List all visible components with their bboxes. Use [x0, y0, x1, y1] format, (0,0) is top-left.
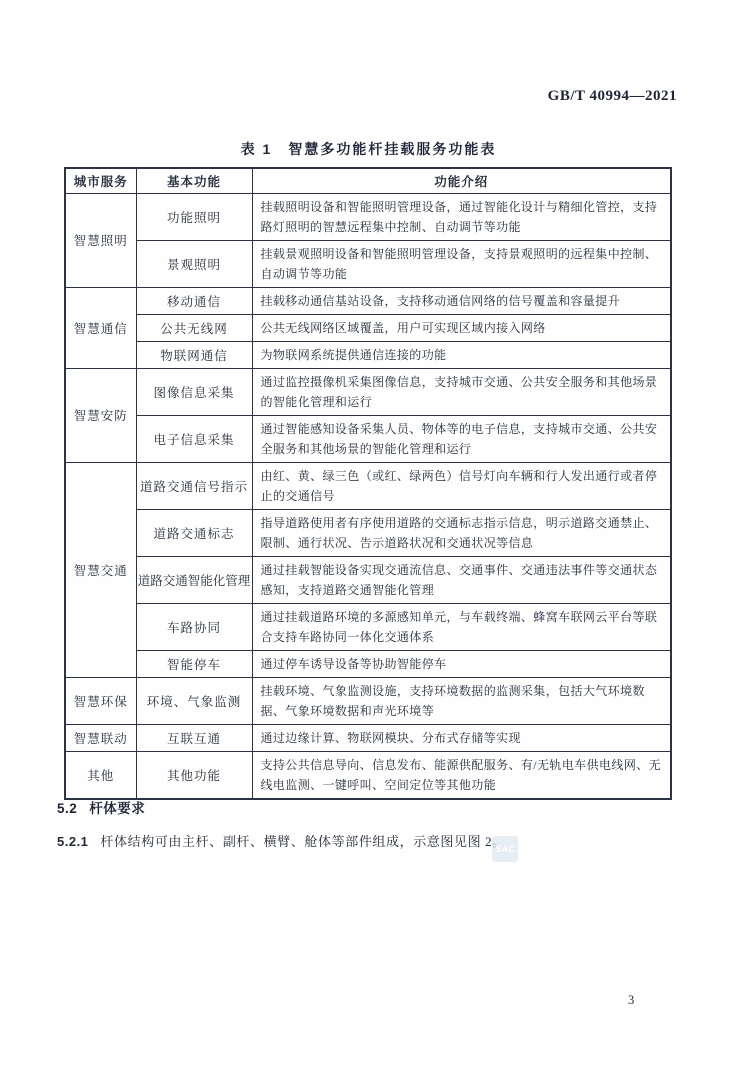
- function-cell: 车路协同: [136, 603, 252, 650]
- table-row: 智慧照明 功能照明 挂载照明设备和智能照明管理设备，通过智能化设计与精细化管控，…: [65, 193, 671, 240]
- subclause-paragraph: 5.2.1杆体结构可由主杆、副杆、横臂、舱体等部件组成，示意图见图 2。: [57, 831, 617, 850]
- clause-heading: 5.2杆体要求: [57, 797, 145, 817]
- description-cell: 通过智能感知设备采集人员、物体等的电子信息，支持城市交通、公共安全服务和其他场景…: [252, 415, 671, 462]
- col-header-basic-function: 基本功能: [136, 168, 252, 193]
- function-cell: 公共无线网: [136, 314, 252, 341]
- clause-number: 5.2: [57, 801, 77, 816]
- function-cell: 道路交通信号指示: [136, 462, 252, 509]
- function-cell: 其他功能: [136, 751, 252, 799]
- function-table: 城市服务 基本功能 功能介绍 智慧照明 功能照明 挂载照明设备和智能照明管理设备…: [64, 167, 672, 800]
- sac-watermark-logo: SAC: [492, 836, 518, 862]
- function-cell: 环境、气象监测: [136, 677, 252, 724]
- description-cell: 通过停车诱导设备等协助智能停车: [252, 650, 671, 677]
- function-cell: 图像信息采集: [136, 368, 252, 415]
- function-cell: 移动通信: [136, 287, 252, 314]
- description-cell: 通过边缘计算、物联网模块、分布式存储等实现: [252, 724, 671, 751]
- subclause-text: 杆体结构可由主杆、副杆、横臂、舱体等部件组成，示意图见图 2。: [100, 834, 505, 849]
- table-row: 道路交通标志 指导道路使用者有序使用道路的交通标志指示信息，明示道路交通禁止、限…: [65, 509, 671, 556]
- table-row: 景观照明 挂载景观照明设备和智能照明管理设备，支持景观照明的远程集中控制、自动调…: [65, 240, 671, 287]
- standard-number: GB/T 40994—2021: [548, 88, 677, 105]
- description-cell: 通过监控摄像机采集图像信息，支持城市交通、公共安全服务和其他场景的智能化管理和运…: [252, 368, 671, 415]
- description-cell: 由红、黄、绿三色（或红、绿两色）信号灯向车辆和行人发出通行或者停止的交通信号: [252, 462, 671, 509]
- table-row: 其他 其他功能 支持公共信息导向、信息发布、能源供配服务、有/无轨电车供电线网、…: [65, 751, 671, 799]
- description-cell: 挂载照明设备和智能照明管理设备，通过智能化设计与精细化管控，支持路灯照明的智慧远…: [252, 193, 671, 240]
- description-cell: 挂载移动通信基站设备，支持移动通信网络的信号覆盖和容量提升: [252, 287, 671, 314]
- table-header-row: 城市服务 基本功能 功能介绍: [65, 168, 671, 193]
- description-cell: 为物联网系统提供通信连接的功能: [252, 341, 671, 368]
- col-header-description: 功能介绍: [252, 168, 671, 193]
- description-cell: 支持公共信息导向、信息发布、能源供配服务、有/无轨电车供电线网、无线电监测、一键…: [252, 751, 671, 799]
- sac-watermark-text: SAC: [495, 844, 515, 854]
- table-row: 电子信息采集 通过智能感知设备采集人员、物体等的电子信息，支持城市交通、公共安全…: [65, 415, 671, 462]
- table-row: 物联网通信 为物联网系统提供通信连接的功能: [65, 341, 671, 368]
- table-row: 智慧联动 互联互通 通过边缘计算、物联网模块、分布式存储等实现: [65, 724, 671, 751]
- page-number: 3: [628, 993, 634, 1008]
- function-cell: 电子信息采集: [136, 415, 252, 462]
- service-cell-other: 其他: [65, 751, 136, 799]
- service-cell-linkage: 智慧联动: [65, 724, 136, 751]
- function-cell: 功能照明: [136, 193, 252, 240]
- table-row: 智能停车 通过停车诱导设备等协助智能停车: [65, 650, 671, 677]
- subclause-number: 5.2.1: [57, 834, 88, 849]
- table-row: 智慧环保 环境、气象监测 挂载环境、气象监测设施，支持环境数据的监测采集，包括大…: [65, 677, 671, 724]
- function-cell: 互联互通: [136, 724, 252, 751]
- description-cell: 公共无线网络区域覆盖，用户可实现区域内接入网络: [252, 314, 671, 341]
- function-cell: 物联网通信: [136, 341, 252, 368]
- service-cell-security: 智慧安防: [65, 368, 136, 462]
- service-cell-communication: 智慧通信: [65, 287, 136, 368]
- function-cell: 景观照明: [136, 240, 252, 287]
- table-row: 道路交通智能化管理 通过挂载智能设备实现交通流信息、交通事件、交通违法事件等交通…: [65, 556, 671, 603]
- description-cell: 挂载环境、气象监测设施，支持环境数据的监测采集，包括大气环境数据、气象环境数据和…: [252, 677, 671, 724]
- document-page: GB/T 40994—2021 表 1 智慧多功能杆挂载服务功能表 城市服务 基…: [0, 0, 737, 1074]
- col-header-city-service: 城市服务: [65, 168, 136, 193]
- description-cell: 挂载景观照明设备和智能照明管理设备，支持景观照明的远程集中控制、自动调节等功能: [252, 240, 671, 287]
- table-row: 车路协同 通过挂载道路环境的多源感知单元，与车载终端、蜂窝车联网云平台等联合支持…: [65, 603, 671, 650]
- description-cell: 通过挂载道路环境的多源感知单元，与车载终端、蜂窝车联网云平台等联合支持车路协同一…: [252, 603, 671, 650]
- function-cell: 道路交通智能化管理: [136, 556, 252, 603]
- clause-title: 杆体要求: [89, 801, 145, 816]
- function-cell: 智能停车: [136, 650, 252, 677]
- service-cell-environment: 智慧环保: [65, 677, 136, 724]
- table-title: 表 1 智慧多功能杆挂载服务功能表: [0, 139, 737, 159]
- service-cell-lighting: 智慧照明: [65, 193, 136, 287]
- table-row: 智慧安防 图像信息采集 通过监控摄像机采集图像信息，支持城市交通、公共安全服务和…: [65, 368, 671, 415]
- table-row: 智慧通信 移动通信 挂载移动通信基站设备，支持移动通信网络的信号覆盖和容量提升: [65, 287, 671, 314]
- description-cell: 指导道路使用者有序使用道路的交通标志指示信息，明示道路交通禁止、限制、通行状况、…: [252, 509, 671, 556]
- table-row: 智慧交通 道路交通信号指示 由红、黄、绿三色（或红、绿两色）信号灯向车辆和行人发…: [65, 462, 671, 509]
- description-cell: 通过挂载智能设备实现交通流信息、交通事件、交通违法事件等交通状态感知，支持道路交…: [252, 556, 671, 603]
- function-cell: 道路交通标志: [136, 509, 252, 556]
- service-cell-traffic: 智慧交通: [65, 462, 136, 677]
- table-row: 公共无线网 公共无线网络区域覆盖，用户可实现区域内接入网络: [65, 314, 671, 341]
